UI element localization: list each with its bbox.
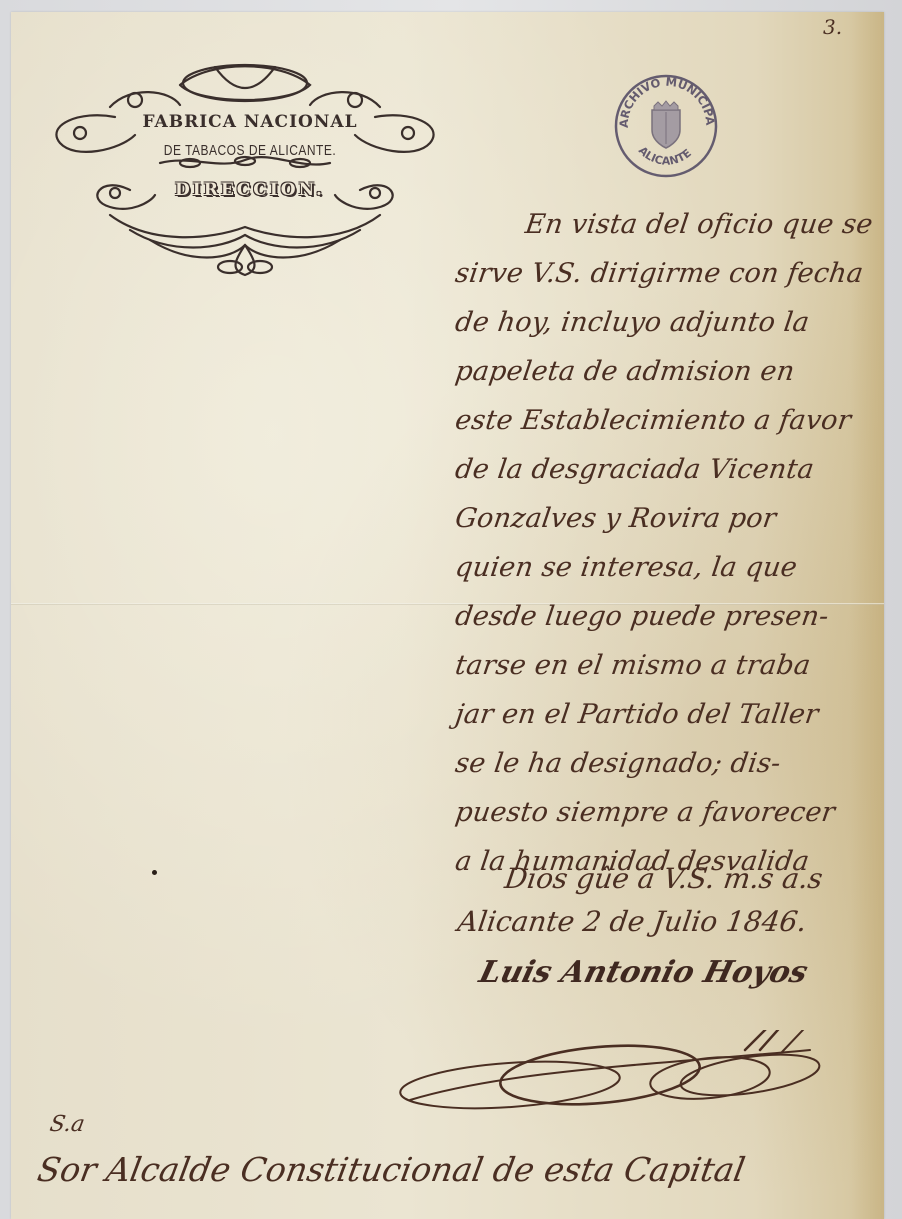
body-line: se le ha designado; dis- (452, 739, 884, 788)
signature-name: Luis Antonio Hoyos (476, 955, 812, 990)
archive-stamp: ARCHIVO MUNICIPAL ALICANTE (612, 72, 720, 180)
ink-spot (152, 870, 157, 875)
body-line: jar en el Partido del Taller (452, 690, 884, 739)
body-line: de hoy, incluyo adjunto la (452, 298, 884, 347)
closing-formula: Dios gûe á V.S. m.s a.s (503, 862, 825, 895)
body-line: En vista del oficio que se (452, 200, 884, 249)
letterhead-flourish-icon (40, 55, 460, 280)
coat-of-arms-icon (652, 101, 680, 148)
body-line: puesto siempre a favorecer (452, 788, 884, 837)
body-line: de la desgraciada Vicenta (452, 445, 884, 494)
body-line: Gonzalves y Rovira por (452, 494, 884, 543)
page-number: 3. (823, 15, 842, 39)
body-line: tarse en el mismo a traba (452, 641, 884, 690)
letter-body: En vista del oficio que se sirve V.S. di… (452, 200, 877, 886)
letterhead-department: DIRECCION. (40, 180, 460, 200)
letterhead: FABRICA NACIONAL DE TABACOS DE ALICANTE.… (40, 55, 460, 280)
letterhead-title: FABRICA NACIONAL (40, 112, 460, 132)
signature-rubric (390, 1030, 850, 1135)
body-line: este Establecimiento a favor (452, 396, 884, 445)
body-line: quien se interesa, la que (452, 543, 884, 592)
body-line: papeleta de admision en (452, 347, 884, 396)
signature-flourish-icon (390, 1030, 850, 1130)
place-and-date: Alicante 2 de Julio 1846. (456, 905, 809, 938)
addressee-superscript: S.a (48, 1112, 87, 1137)
body-line: sirve V.S. dirigirme con fecha (452, 249, 884, 298)
addressee-line: Sor Alcalde Constitucional de esta Capit… (35, 1150, 749, 1189)
letterhead-subtitle: DE TABACOS DE ALICANTE. (40, 141, 460, 159)
body-line: desde luego puede presen- (452, 592, 884, 641)
